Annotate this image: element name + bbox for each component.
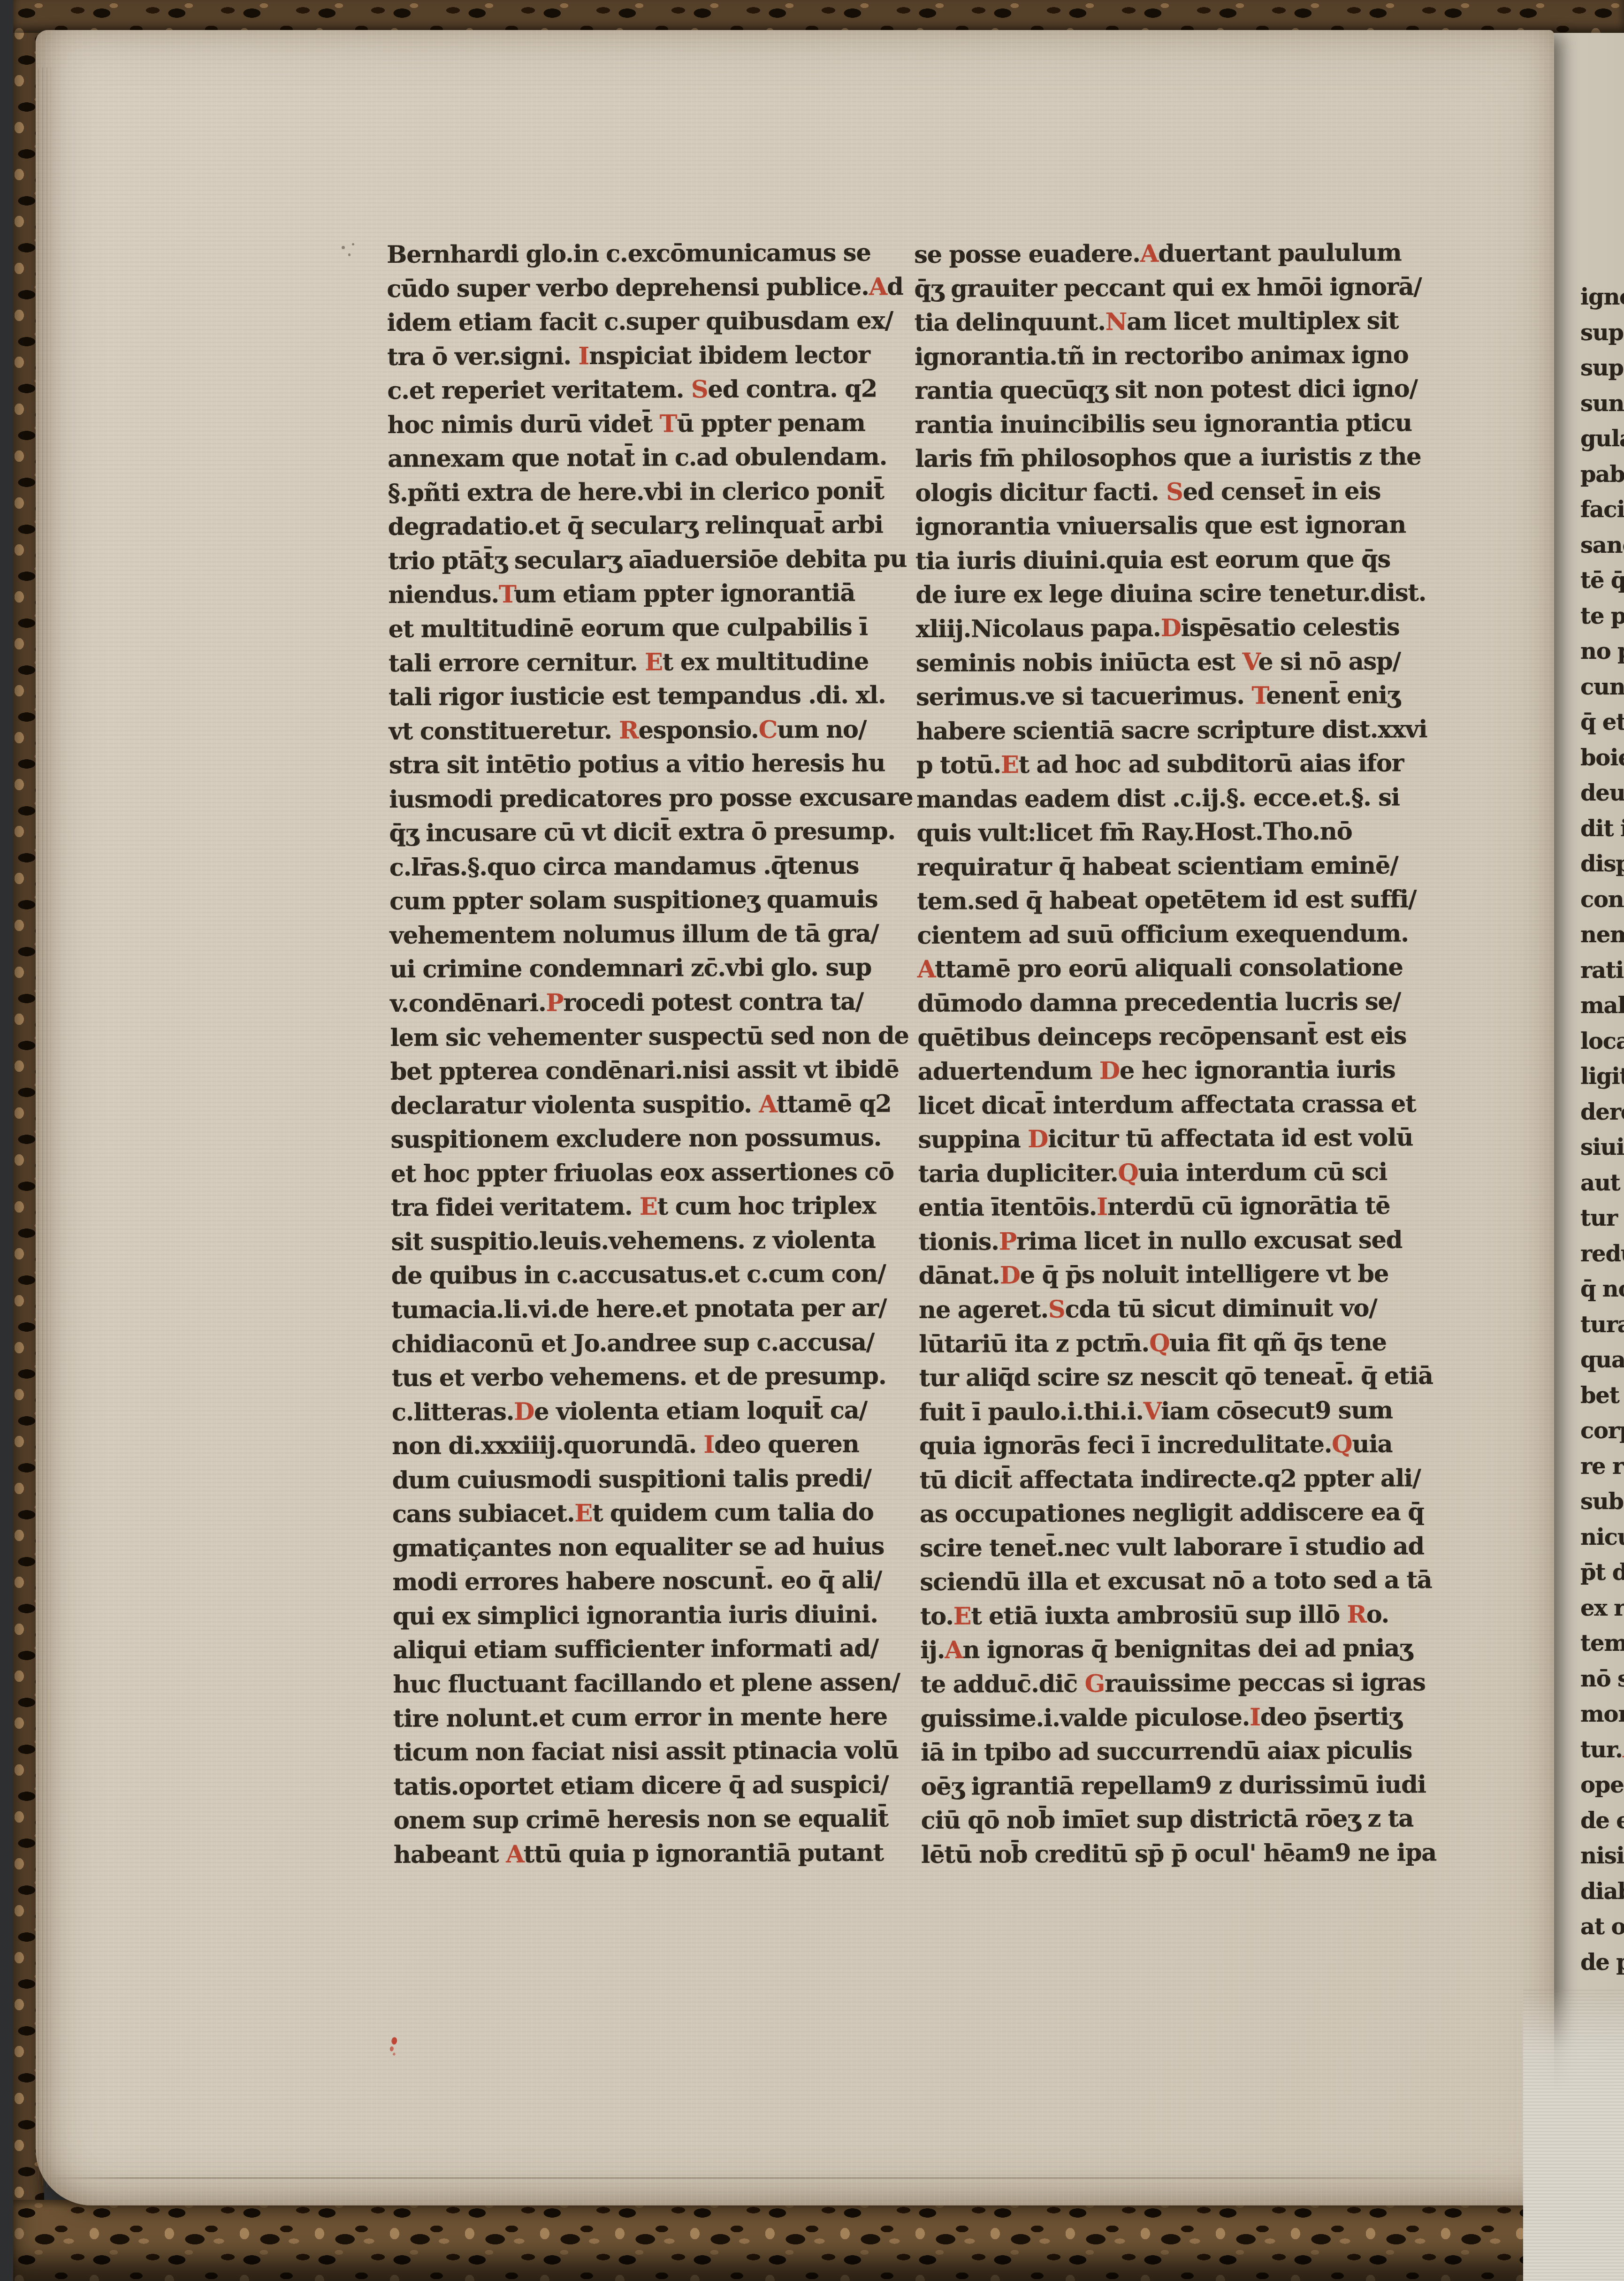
text-line: habere scientiā sacre scripture dist.xxv… — [916, 712, 1441, 748]
text-line: idem etiam facit c.super quibusdam ex/ — [387, 304, 913, 340]
text-line: nisi di — [1580, 1839, 1624, 1874]
text-line: rationē — [1580, 953, 1624, 989]
text-line: et multitudinē eorum que culpabilis ī — [388, 610, 914, 646]
text-line: turali — [1580, 1307, 1624, 1343]
text-line: dere p — [1580, 1095, 1624, 1130]
text-line: to.Et etiā iuxta ambrosiū sup illō Ro. — [920, 1597, 1446, 1633]
text-line: licet dicat̄ interdum affectata crassa e… — [918, 1087, 1443, 1123]
text-line: bet ho — [1580, 1378, 1624, 1414]
red-ink-blot — [385, 2034, 402, 2056]
text-line: supina p — [1580, 315, 1624, 351]
text-line: trio ptāt̄ʒ secularʒ aīaduersiōe debita … — [388, 542, 914, 578]
text-line: dit in m — [1580, 811, 1624, 847]
text-line: tumacia.li.vi.de here.et pnotata per ar/ — [391, 1291, 917, 1327]
text-line: sanctus t — [1580, 528, 1624, 564]
text-line: quia ignorās feci ī incredulitate.Quia — [919, 1427, 1445, 1463]
text-line: q̄ʒ grauiter peccant qui ex hmōi ignorā/ — [914, 270, 1440, 306]
book-page: Bernhardi glo.in c.excōmunicamus secūdo … — [36, 30, 1554, 2205]
text-line: mon — [1580, 1697, 1624, 1732]
text-line: fuit ī paulo.i.thi.i.Viam cōsecut9 sum — [919, 1393, 1445, 1429]
text-line: v.condēnari.Procedi potest contra ta/ — [390, 984, 915, 1021]
text-line: tali errore cernitur. Et ex multitudine — [389, 644, 914, 680]
text-line: ologis dicitur facti. Sed censet̄ in eis — [915, 474, 1441, 510]
text-line: tire nolunt.et cum error in mente here — [393, 1700, 919, 1736]
text-line: q̄ et ma — [1580, 705, 1624, 740]
text-line: gulariū — [1580, 421, 1624, 457]
text-line: modi errores habere noscunt̄. eo q̄ ali/ — [392, 1563, 918, 1599]
text-line: lūtariū ita z pctm̄.Quia fit qñ q̄s tene — [919, 1325, 1444, 1361]
text-line: p totū.Et ad hoc ad subditorū aias ifor — [916, 746, 1442, 782]
text-line: te patus — [1580, 599, 1624, 634]
text-line: §.pñti extra de here.vbi in clerico poni… — [388, 474, 913, 510]
text-line: nicul — [1580, 1520, 1624, 1556]
text-line: niendus.Tum etiam ppter ignorantiā — [388, 576, 914, 612]
text-line: tia iuris diuini.quia est eorum que q̄s — [915, 542, 1441, 578]
text-line: q̄ʒ incusare cū vt dicit̄ extra ō presum… — [389, 814, 915, 850]
text-line: boieʒ ag — [1580, 740, 1624, 776]
text-line: iā in tpibo ad succurrendū aiax piculis — [921, 1733, 1446, 1770]
text-line: cans subiacet.Et quidem cum talia do — [392, 1495, 918, 1531]
text-line: taria dupliciter.Quia interdum cū sci — [918, 1155, 1444, 1191]
text-line: diabolu — [1580, 1874, 1624, 1910]
text-line: seminis nobis iniūcta est Ve si nō asp/ — [916, 644, 1441, 680]
text-line: q̄ no — [1580, 1272, 1624, 1307]
text-line: de quibus in c.accusatus.et c.cum con/ — [391, 1257, 916, 1293]
text-line: et hoc ppter friuolas eox assertiones cō — [391, 1155, 916, 1191]
text-line: tatis.oportet etiam dicere q̄ ad suspici… — [393, 1768, 919, 1804]
text-line: ciū qō nob̄ imīet sup districtā rōeʒ z t… — [921, 1801, 1447, 1838]
text-line: chidiaconū et Jo.andree sup c.accusa/ — [391, 1325, 917, 1361]
text-line: subst — [1580, 1484, 1624, 1520]
text-line: nō su — [1580, 1662, 1624, 1697]
text-line: no patʒ p — [1580, 634, 1624, 670]
text-line: tia delinquunt.Nam licet multiplex sit — [915, 304, 1440, 340]
text-line: lem sic vehementer suspectū sed non de — [390, 1019, 915, 1055]
text-line: contra — [1580, 882, 1624, 918]
text-line: ne ageret.Scda tū sicut diminuit vo/ — [919, 1291, 1444, 1327]
text-line: onem sup crimē heresis non se equalit̄ — [394, 1801, 919, 1838]
text-line: aliqui etiam sufficienter informati ad/ — [393, 1632, 918, 1668]
text-line: aut a — [1580, 1166, 1624, 1201]
text-line: cūdo super verbo deprehensi publice.Ad — [387, 270, 912, 306]
fore-edge-stack — [1523, 1990, 1624, 2281]
text-column-right: se posse euadere.Aduertant paululumq̄ʒ g… — [914, 236, 1447, 1872]
text-line: nem gl — [1580, 917, 1624, 953]
text-line: tū dicit̄ affectata indirecte.q2 ppter a… — [919, 1461, 1445, 1497]
text-line: localis — [1580, 1024, 1624, 1060]
text-line: aduertendum De hec ignorantia iuris — [918, 1053, 1443, 1089]
page-crease — [36, 2177, 1554, 2179]
text-line: quētibus deinceps recōpensant̄ est eis — [917, 1019, 1443, 1055]
text-line: lētū nob̄ creditū sp̄ p̄ ocul' hēam9 ne … — [921, 1836, 1447, 1872]
text-line: sit suspitio.leuis.vehemens. z violenta — [391, 1223, 916, 1259]
text-line: tra ō ver.signi. Inspiciat ibidem lector — [387, 338, 913, 374]
margin-specks — [340, 242, 368, 261]
text-line: vehementem nolumus illum de tā gra/ — [389, 916, 915, 953]
text-line: tra fidei veritatem. Et cum hoc triplex — [391, 1189, 916, 1225]
text-line: Attamē pro eorū aliquali consolatione — [917, 951, 1443, 987]
binding-edge-top — [13, 0, 1624, 33]
text-line: tur a — [1580, 1201, 1624, 1236]
gutter-page-edges — [38, 68, 51, 2189]
text-line: guissime.i.valde piculose.Ideo p̄sertiʒ — [921, 1700, 1446, 1736]
text-line: tē q̄ viree — [1580, 563, 1624, 599]
text-line: gmatiçantes non equaliter se ad huius — [392, 1529, 918, 1565]
text-line: rantia inuincibilis seu ignorantia pticu — [915, 406, 1441, 442]
text-line: p̄t deo — [1580, 1555, 1624, 1591]
text-line: Bernhardi glo.in c.excōmunicamus se — [387, 236, 912, 272]
text-line: corpoa — [1580, 1413, 1624, 1449]
text-line: tur aliq̄d scire sz nescit qō teneat̄. q… — [919, 1359, 1444, 1395]
text-line: re reb — [1580, 1449, 1624, 1485]
text-line: de posse — [1580, 1945, 1624, 1981]
text-line: tionis.Prima licet in nullo excusat sed — [918, 1223, 1444, 1259]
text-line: ignorantia vniuersalis que est ignoran — [915, 508, 1441, 544]
text-line: de iure ex lege diuina scire tenetur.dis… — [915, 576, 1441, 612]
text-line: ope di — [1580, 1768, 1624, 1803]
text-line: quis vult:licet fm̄ Ray.Host.Tho.nō — [916, 814, 1442, 850]
text-line: ex reb — [1580, 1591, 1624, 1626]
text-column-left: Bernhardi glo.in c.excōmunicamus secūdo … — [387, 236, 919, 1872]
text-line: tus et verbo vehemens. et de presump. — [391, 1359, 917, 1395]
text-line: suppina Dicitur tū affectata id est volū — [918, 1121, 1443, 1157]
text-line: c.litteras.De violenta etiam loquit̄ ca/ — [392, 1393, 917, 1429]
text-line: degradatio.et q̄ secularʒ relinquat̄ arb… — [388, 508, 914, 544]
text-line: ignorātia — [1580, 280, 1624, 315]
text-line: cientem ad suū officium exequendum. — [917, 916, 1442, 953]
text-line: c.et reperiet veritatem. Sed contra. q2 — [387, 372, 913, 408]
text-line: cum ppter solam suspitioneʒ quamuis — [389, 882, 915, 918]
text-line: mandas eadem dist .c.ij.§. ecce.et.§. si — [916, 780, 1442, 816]
binding-edge-bottom — [13, 2200, 1624, 2281]
text-line: ij.An ignoras q̄ benignitas dei ad pniaʒ — [920, 1632, 1446, 1668]
text-line: faciēte q — [1580, 492, 1624, 528]
text-line: de effe — [1580, 1803, 1624, 1839]
text-line: bet ppterea condēnari.nisi assit vt ibid… — [390, 1053, 916, 1089]
text-line: oēʒ igrantiā repellam9 z durissimū iudi — [921, 1768, 1446, 1804]
text-line: suspitionem excludere non possumus. — [390, 1121, 916, 1157]
text-line: laris fm̄ philosophos que a iuristis z t… — [915, 440, 1441, 476]
text-line: te adduc̄.dic̄ Grauissime peccas si igra… — [920, 1665, 1446, 1701]
text-line: ligit de — [1580, 1059, 1624, 1095]
text-line: se posse euadere.Aduertant paululum — [914, 236, 1440, 272]
text-line: cundū d — [1580, 670, 1624, 705]
text-line: entia ītentōis.Interdū cū ignorātia tē — [918, 1189, 1444, 1225]
text-line: ticum non faciat nisi assit ptinacia vol… — [393, 1733, 919, 1770]
text-line: non di.xxxiiij.quorundā. Ideo queren — [392, 1427, 917, 1463]
text-line: huc fluctuant facillando et plene assen/ — [393, 1665, 918, 1701]
text-line: annexam que notat̄ in c.ad obulendam. — [388, 440, 913, 476]
text-line: supini q — [1580, 351, 1624, 386]
text-line: qui ex simplici ignorantia iuris diuini. — [393, 1597, 918, 1633]
text-line: xliij.Nicolaus papa.Dispēsatio celestis — [915, 610, 1441, 646]
text-line: serimus.ve si tacuerimus. Tenent̄ eniʒ — [916, 678, 1441, 714]
text-line: requiratur q̄ habeat scientiam eminē/ — [917, 848, 1442, 885]
text-line: vt constitueretur. Responsio.Cum no/ — [389, 712, 914, 748]
text-line: displic — [1580, 847, 1624, 882]
text-line: sciendū illa et excusat nō a toto sed a … — [920, 1563, 1445, 1599]
text-line: hoc nimis durū videt̄ Tū ppter penam — [388, 406, 913, 442]
text-line: iusmodi predicatores pro posse excusare — [389, 780, 915, 816]
text-line: pabil' ig — [1580, 457, 1624, 493]
text-line: declaratur violenta suspitio. Attamē q2 — [390, 1087, 916, 1123]
next-leaf-text-column: ignorātiasupina psupini qsunt.Dgulariūpa… — [1580, 280, 1624, 1980]
text-line: dūmodo damna precedentia lucris se/ — [917, 984, 1443, 1021]
text-line: dum cuiusmodi suspitioni talis predi/ — [392, 1461, 917, 1497]
text-line: scire tenet̄.nec vult laborare ī studio … — [920, 1529, 1445, 1565]
text-line: qua su — [1580, 1343, 1624, 1378]
text-line: deus pr — [1580, 776, 1624, 811]
text-line: tem p — [1580, 1626, 1624, 1662]
text-line: ui crimine condemnari zc̄.vbi glo. sup — [390, 951, 915, 987]
book-photo: ignorātiasupina psupini qsunt.Dgulariūpa… — [0, 0, 1624, 2281]
text-line: habeant Attū quia p ignorantiā putant — [394, 1836, 919, 1872]
text-line: tem.sed q̄ habeat opetētem id est suffi/ — [917, 882, 1442, 918]
text-line: sunt.D — [1580, 386, 1624, 422]
text-line: c.lr̄as.§.quo circa mandamus .q̄tenus — [389, 848, 915, 885]
text-line: malefi — [1580, 988, 1624, 1024]
text-line: tur.A — [1580, 1732, 1624, 1768]
text-line: at opa — [1580, 1909, 1624, 1945]
text-line: stra sit intētio potius a vitio heresis … — [389, 746, 915, 782]
text-line: rantia quecūqʒ sit non potest dici igno/ — [915, 372, 1440, 408]
text-line: redu — [1580, 1236, 1624, 1272]
text-line: tali rigor iusticie est tempandus .di. x… — [389, 678, 914, 714]
text-line: dānat.De q̄ p̄s noluit intelligere vt be — [918, 1257, 1444, 1293]
text-line: as occupationes negligit addiscere ea q̄ — [920, 1495, 1445, 1531]
text-line: siuis — [1580, 1130, 1624, 1166]
text-line: ignorantia.tñ in rectoribo animax igno — [915, 338, 1440, 374]
